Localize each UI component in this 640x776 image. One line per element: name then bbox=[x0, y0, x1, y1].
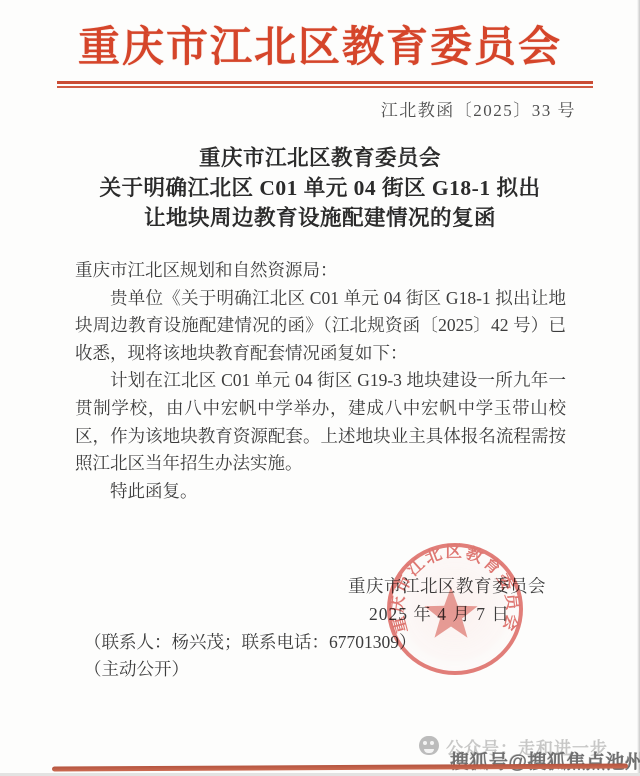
salutation: 重庆市江北区规划和自然资源局： bbox=[75, 257, 566, 285]
body-paragraph-2: 计划在江北区 C01 单元 04 街区 G19-3 地块建设一所九年一贯制学校，… bbox=[75, 367, 566, 477]
letterhead-org-name: 重庆市江北区教育委员会 bbox=[0, 14, 640, 74]
letterhead-divider bbox=[57, 81, 593, 88]
letter-body: 重庆市江北区规划和自然资源局： 贵单位《关于明确江北区 C01 单元 04 街区… bbox=[75, 257, 566, 505]
wechat-icon bbox=[419, 736, 439, 755]
closing-phrase: 特此函复。 bbox=[75, 478, 566, 506]
document-title-line3: 让地块周边教育设施配建情况的复函 bbox=[40, 203, 600, 233]
watermark-sohu-account: 搜狐号@搜狐焦点池州站 bbox=[450, 747, 640, 774]
document-title: 重庆市江北区教育委员会 关于明确江北区 C01 单元 04 街区 G18-1 拟… bbox=[40, 143, 600, 233]
body-paragraph-1: 贵单位《关于明确江北区 C01 单元 04 街区 G18-1 拟出让地块周边教育… bbox=[75, 285, 566, 368]
document-number: 江北教函〔2025〕33 号 bbox=[381, 96, 576, 121]
document-title-line2: 关于明确江北区 C01 单元 04 街区 G18-1 拟出 bbox=[40, 173, 600, 203]
signature-date: 2025 年 4 月 7 日 bbox=[369, 601, 510, 626]
document-title-line1: 重庆市江北区教育委员会 bbox=[40, 143, 600, 173]
document-page: 重庆市江北区教育委员会 江北教函〔2025〕33 号 重庆市江北区教育委员会 关… bbox=[0, 0, 640, 776]
signature-org: 重庆市江北区教育委员会 bbox=[348, 573, 546, 598]
contact-info: （联系人：杨兴茂；联系电话：67701309） bbox=[84, 629, 417, 654]
disclosure-note: （主动公开） bbox=[84, 656, 189, 681]
